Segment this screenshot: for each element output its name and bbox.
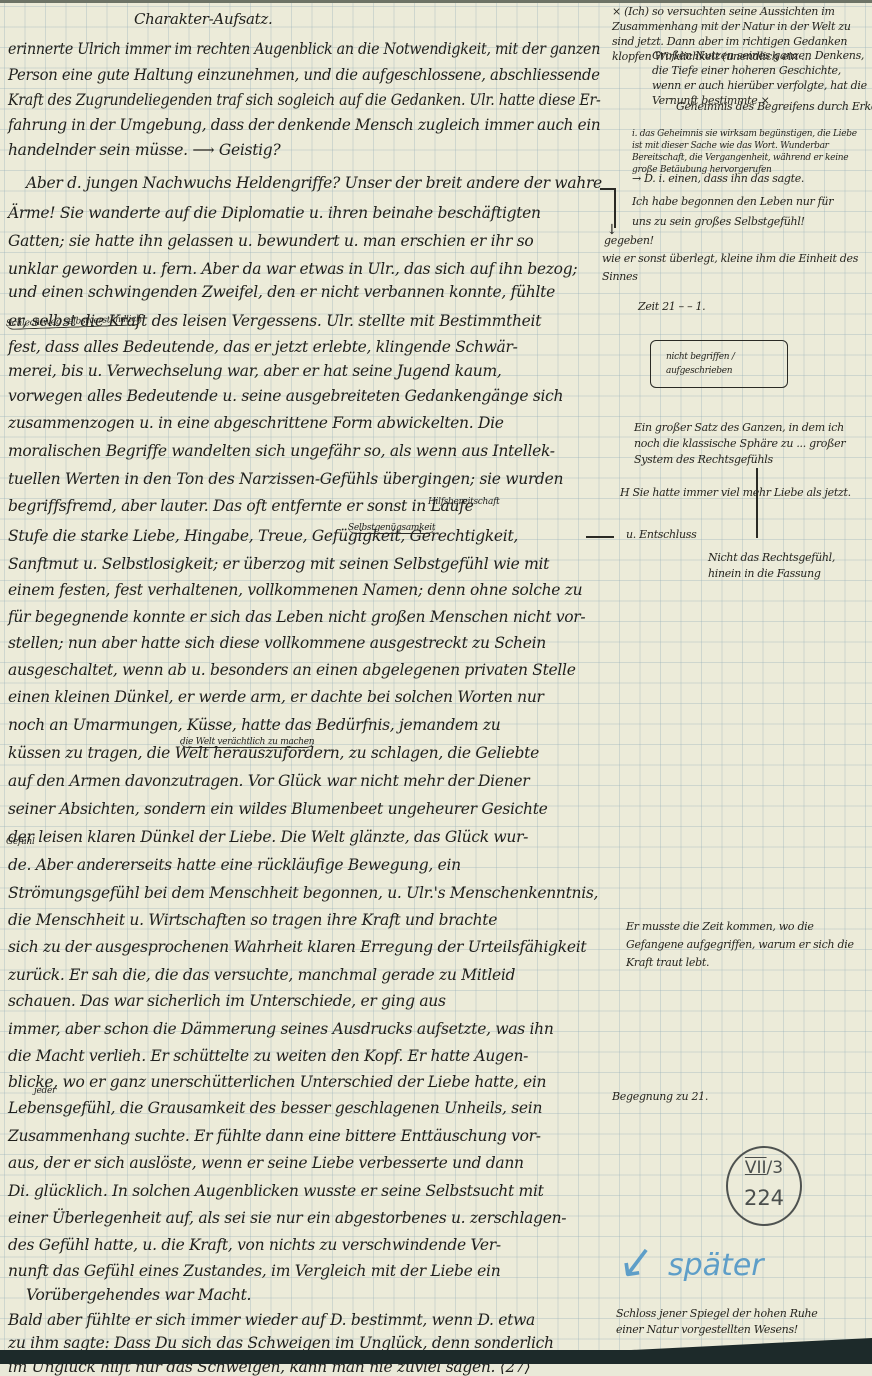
margin-note: Großen Nutzen seines ganzen Denkens, die… [652, 48, 870, 108]
margin-note: Ein großer Satz des Ganzen, in dem ich n… [634, 420, 866, 468]
manuscript-line: de. Aber andererseits hatte eine rückläu… [8, 856, 461, 874]
interlinear-insertion: Hilfsbereitschaft [428, 497, 499, 507]
interlinear-insertion: jeder [34, 1086, 56, 1096]
manuscript-line: Lebensgefühl, die Grausamkeit des besser… [8, 1099, 542, 1117]
interlinear-insertion: die Welt verächtlich zu machen [180, 737, 314, 748]
scan-bottom-edge [0, 1350, 872, 1364]
manuscript-line: der leisen klaren Dünkel der Liebe. Die … [8, 828, 528, 846]
manuscript-line: immer, aber schon die Dämmerung seines A… [8, 1020, 554, 1038]
manuscript-line: blicke, wo er ganz unerschütterlichen Un… [8, 1073, 546, 1091]
manuscript-line: Aber d. jungen Nachwuchs Heldengriffe? U… [26, 174, 602, 192]
manuscript-page: Charakter-Aufsatz. erinnerte Ulrich imme… [0, 0, 872, 1364]
manuscript-line: Ärme! Sie wanderte auf die Diplomatie u.… [8, 204, 541, 222]
manuscript-line: einen kleinen Dünkel, er werde arm, er d… [8, 688, 544, 706]
margin-note: → D. i. einen, dass ihn das sagte. [632, 172, 804, 185]
manuscript-line: zusammenzogen u. in eine abgeschrittene … [8, 414, 504, 432]
manuscript-line: Person eine gute Haltung einzunehmen, un… [8, 66, 600, 84]
stamp-page-number: 224 [728, 1186, 800, 1210]
manuscript-line: zurück. Er sah die, die das versuchte, m… [8, 966, 515, 984]
manuscript-line: einem festen, fest verhaltenen, vollkomm… [8, 581, 582, 599]
margin-note: nicht begriffen / aufgeschrieben [666, 350, 776, 378]
manuscript-line: begriffsfremd, aber lauter. Das oft entf… [8, 497, 474, 515]
manuscript-line: Zusammenhang suchte. Er fühlte dann eine… [8, 1127, 541, 1145]
margin-note: Zeit 21 – – 1. [638, 300, 705, 313]
manuscript-line: Gatten; sie hatte ihn gelassen u. bewund… [8, 232, 533, 250]
manuscript-line: moralischen Begriffe wandelten sich unge… [8, 442, 555, 460]
margin-note: u. Entschluss [626, 528, 697, 541]
down-arrow-icon: ↓ [606, 222, 617, 238]
manuscript-line: seiner Absichten, sondern ein wildes Blu… [8, 800, 548, 818]
interlinear-insertion: Gefühl [6, 837, 35, 847]
manuscript-line: und einen schwingenden Zweifel, den er n… [8, 283, 555, 301]
manuscript-line: handelnder sein müsse. ⟶ Geistig? [8, 141, 280, 159]
manuscript-line: die Macht verlieh. Er schüttelte zu weit… [8, 1047, 528, 1065]
manuscript-line: fest, dass alles Bedeutende, das er jetz… [8, 338, 518, 356]
manuscript-line: nunft das Gefühl eines Zustandes, im Ver… [8, 1262, 500, 1280]
manuscript-line: fahrung in der Umgebung, dass der denken… [8, 116, 600, 134]
manuscript-line: aus, der er sich auslöste, wenn er seine… [8, 1154, 524, 1172]
manuscript-line: einer Überlegenheit auf, als sei sie nur… [8, 1209, 566, 1227]
manuscript-line: ausgeschaltet, wenn ab u. besonders an e… [8, 661, 576, 679]
margin-note: Er musste die Zeit kommen, wo die Gefang… [626, 918, 868, 972]
blue-arrow-icon: ↙ [615, 1234, 659, 1290]
manuscript-line: merei, bis u. Verwechselung war, aber er… [8, 362, 501, 380]
manuscript-line: stellen; nun aber hatte sich diese vollk… [8, 634, 546, 652]
manuscript-line: Bald aber fühlte er sich immer wieder au… [8, 1311, 535, 1329]
margin-note: Begegnung zu 21. [612, 1090, 708, 1103]
manuscript-line: für begegnende konnte er sich das Leben … [8, 608, 585, 626]
manuscript-line: sich zu der ausgesprochenen Wahrheit kla… [8, 938, 586, 956]
manuscript-line: tuellen Werten in den Ton des Narzissen-… [8, 470, 563, 488]
interlinear-insertion: Selbstgenügsamkeit [348, 523, 435, 534]
page-heading: Charakter-Aufsatz. [134, 10, 272, 28]
manuscript-line: vorwegen alles Bedeutende u. seine ausge… [8, 387, 563, 405]
margin-note: Schloss jener Spiegel der hohen Ruhe ein… [616, 1306, 846, 1338]
manuscript-line: schauen. Das war sicherlich im Unterschi… [8, 992, 446, 1010]
margin-note: wie er sonst überlegt, kleine ihm die Ei… [602, 250, 870, 286]
manuscript-line: Stufe die starke Liebe, Hingabe, Treue, … [8, 527, 518, 545]
manuscript-line: Kraft des Zugrundeliegenden traf sich so… [8, 91, 601, 109]
stamp-volume-folder: VII/3 [728, 1158, 800, 1178]
manuscript-line: Vorübergehendes war Macht. [26, 1286, 251, 1304]
manuscript-line: erinnerte Ulrich immer im rechten Augenb… [8, 40, 600, 58]
manuscript-line: auf den Armen davonzutragen. Vor Glück w… [8, 772, 529, 790]
margin-note: Ich habe begonnen den Leben nur für uns … [632, 192, 852, 232]
scan-top-edge [0, 0, 872, 3]
margin-divider-line [756, 468, 758, 538]
bracket-arrow-top [600, 188, 616, 190]
manuscript-line: die Menschheit u. Wirtschaften so tragen… [8, 911, 497, 929]
archive-stamp: VII/3 224 [726, 1146, 802, 1226]
margin-note: H Sie hatte immer viel mehr Liebe als je… [620, 484, 868, 502]
margin-note: i. das Geheimnis sie wirksam begünstigen… [632, 128, 866, 176]
manuscript-line: des Gefühl hatte, u. die Kraft, von nich… [8, 1236, 501, 1254]
blue-pencil-note: später [668, 1248, 764, 1283]
manuscript-line: Sanftmut u. Selbstlosigkeit; er überzog … [8, 555, 549, 573]
margin-note: Geheimnis des Begreifens durch Erkenntni… [676, 100, 872, 113]
margin-note: Nicht das Rechtsgefühl, hinein in die Fa… [708, 550, 868, 582]
manuscript-line: Di. glücklich. In solchen Augenblicken w… [8, 1182, 544, 1200]
manuscript-line: noch an Umarmungen, Küsse, hatte das Bed… [8, 716, 500, 734]
margin-pointer-line [586, 536, 614, 538]
manuscript-line: Strömungsgefühl bei dem Menschheit begon… [8, 884, 598, 902]
manuscript-line: unklar geworden u. fern. Aber da war etw… [8, 260, 577, 278]
